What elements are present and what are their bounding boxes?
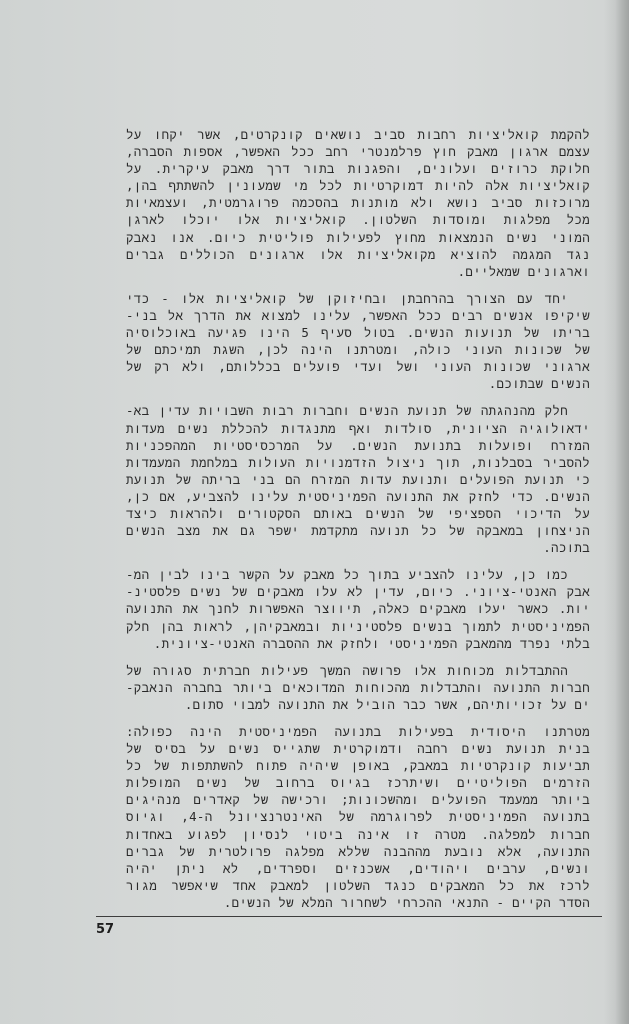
- text-line: המזרח ופועלות בתנועת הנשים. על המרכסיסטי…: [126, 437, 590, 454]
- body-text: להקמת קואליציות רחבות סביב נושאים קונקרט…: [126, 126, 590, 921]
- page-number: 57: [96, 922, 114, 937]
- text-line: כי תנועת הפועלים ותנועת עדות המזרח הם בנ…: [126, 471, 590, 488]
- text-line: התנועה, אלא נובעת מההבנה שללא מפלגה פרול…: [126, 843, 590, 860]
- text-line: המוני נשים הנמצאות מחוץ לפעילות פוליטית …: [126, 229, 590, 246]
- text-line: להקמת קואליציות רחבות סביב נושאים קונקרט…: [126, 126, 590, 143]
- text-line: הסדר הקיים - התנאי ההכרחי לשחרור המלא של…: [126, 894, 590, 911]
- text-line: חברות התנועה והתבדלות מהכוחות המדוכאים ב…: [126, 679, 590, 696]
- paragraph: כמו כן, עלינו להצביע בתוך כל מאבק על הקש…: [126, 566, 590, 651]
- text-line: בתוכה.: [126, 539, 590, 556]
- text-line: חלק מהנהגתה של תנועת הנשים וחברות רבות ה…: [126, 402, 590, 419]
- text-line: שיקיפו אנשים רבים ככל האפשר, עלינו למצוא…: [126, 307, 590, 324]
- text-line: הנשים שבתוכם.: [126, 375, 590, 392]
- text-line: על הדיכוי הספציפי של הנשים באותם הסקטורי…: [126, 505, 590, 522]
- text-line: מרוכזות סביב נושא ולא מותנות בהסכמה פרוג…: [126, 194, 590, 211]
- text-line: הנשים. כדי לחזק את התנועה הפמיניסטית עלי…: [126, 488, 590, 505]
- text-line: אבק האנטי-ציוני. כיום, עדין לא עלו מאבקי…: [126, 583, 590, 600]
- text-line: יחד עם הצורך בהרחבתן ובחיזוקן של קואליצי…: [126, 290, 590, 307]
- text-line: לרכז את כל המאבקים כנגד השלטון למאבק אחד…: [126, 877, 590, 894]
- text-line: חלוקת כרוזים ועלונים, והפגנות בתור דרך מ…: [126, 160, 590, 177]
- text-line: בריתו של תנועות הנשים. בטול סעיף 5 הינו …: [126, 324, 590, 341]
- text-line: קואליציות אלה להיות דמוקרטיות לכל מי שמע…: [126, 177, 590, 194]
- paragraph: חלק מהנהגתה של תנועת הנשים וחברות רבות ה…: [126, 402, 590, 556]
- text-line: מטרתנו היסודית בפעילות בתנועה הפמיניסטית…: [126, 723, 590, 740]
- text-line: בנית תנועת נשים רחבה ודמוקרטית שתגייס נש…: [126, 740, 590, 757]
- text-line: של שכונות העוני כולה, ומטרתנו הינה לכן, …: [126, 341, 590, 358]
- text-line: ידאולוגיה הציונית, סולדות ואף מתנגדות לה…: [126, 420, 590, 437]
- paragraph: ההתבדלות מכוחות אלו פרושה המשך פעילות חב…: [126, 662, 590, 713]
- text-line: ונשים, ערבים ויהודים, אשכנזים וספרדים, ל…: [126, 860, 590, 877]
- text-line: יות. כאשר יעלו מאבקים כאלה, תיווצר האפשר…: [126, 600, 590, 617]
- text-line: עצמם ארגון מאבק חוץ פרלמנטרי רחב ככל האפ…: [126, 143, 590, 160]
- text-line: וארגונים שמאליים.: [126, 263, 590, 280]
- text-line: הפמיניסטית לתמוך בנשים פלסטיניות ובמאבקי…: [126, 618, 590, 635]
- paragraph: מטרתנו היסודית בפעילות בתנועה הפמיניסטית…: [126, 723, 590, 911]
- text-line: ההתבדלות מכוחות אלו פרושה המשך פעילות חב…: [126, 662, 590, 679]
- text-line: ים על זכויותיהם, אשר כבר הוביל את התנועה…: [126, 696, 590, 713]
- page-edge-shadow: [615, 0, 629, 1024]
- footer-rule: [96, 916, 602, 917]
- text-line: מכל מפלגות ומוסדות השלטון. קואליציות אלו…: [126, 211, 590, 228]
- text-line: חברות למפלגה. מטרה זו אינה ביטוי לנסיון …: [126, 826, 590, 843]
- text-line: ארגוני שכונות העוני ושל ועדי פועלים בכלל…: [126, 358, 590, 375]
- text-line: תביעות קונקרטיות במאבק, באופן שיהיה פתוח…: [126, 757, 590, 774]
- paragraph: להקמת קואליציות רחבות סביב נושאים קונקרט…: [126, 126, 590, 280]
- text-line: בתנועה הפמיניסטית לפרוגרמה של האינטרנציו…: [126, 808, 590, 825]
- text-line: להסביר בסבלנות, תוך ניצול הזדמנויות העול…: [126, 454, 590, 471]
- paragraph: יחד עם הצורך בהרחבתן ובחיזוקן של קואליצי…: [126, 290, 590, 393]
- text-line: כמו כן, עלינו להצביע בתוך כל מאבק על הקש…: [126, 566, 590, 583]
- text-line: הניצחון במאבקה של כל תנועה מתקדמת ישפר ג…: [126, 522, 590, 539]
- text-line: נגד המגמה להוציא מקואליציות אלו ארגונים …: [126, 246, 590, 263]
- text-line: הזרמים הפוליטיים ושיתרכז בגיוס ברחוב של …: [126, 774, 590, 791]
- text-line: בלתי נפרד מהמאבק הפמיניסטי ולחזק את ההסב…: [126, 635, 590, 652]
- text-line: ביותר ממעמד הפועלים ומהשכונות; ורכישה של…: [126, 791, 590, 808]
